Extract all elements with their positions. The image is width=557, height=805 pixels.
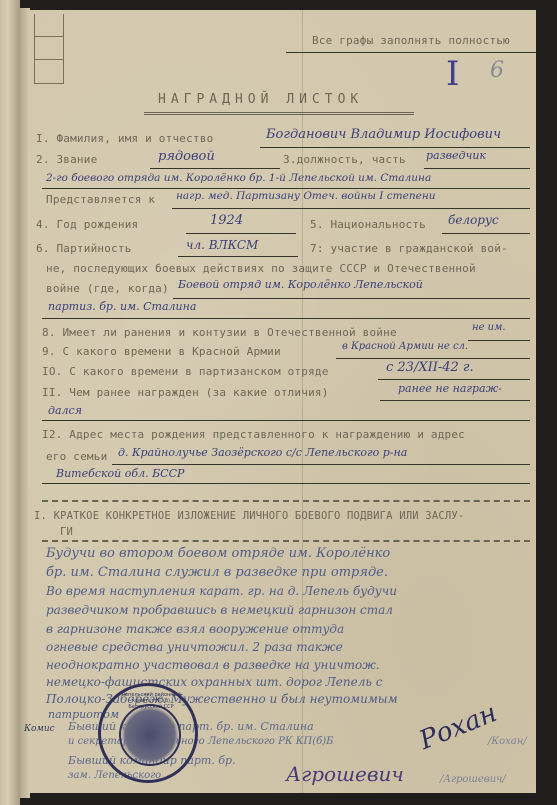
field-2-value: рядовой	[158, 149, 215, 164]
nominated-for-line	[172, 208, 530, 209]
field-2-line	[150, 168, 280, 169]
field-5-label: 5. Национальность	[310, 218, 426, 231]
award-sheet-page: Все графы заполнять полностью I 6 НАГРАД…	[28, 10, 536, 793]
field-3-line	[424, 168, 530, 169]
field-9-label: 9. С какого времени в Красной Армии	[42, 345, 281, 358]
field-7-line	[173, 298, 530, 299]
previous-awards-value-cont: дался	[48, 404, 82, 417]
section-divider-top	[42, 500, 530, 502]
field-11-line-2	[42, 420, 530, 421]
wounds-value: не им.	[472, 322, 506, 333]
field-6-label: 6. Партийность	[36, 242, 132, 255]
signatory-name-1: /Кохан/	[488, 736, 527, 747]
section-title-cont: ГИ	[60, 526, 73, 538]
field-8-line	[468, 340, 530, 341]
field-1-label: I. Фамилия, имя и отчество	[36, 132, 213, 145]
nominated-for-label: Представляется к	[46, 193, 155, 206]
field-7-value: Боевой отряд им. Королёнко Лепельской	[178, 278, 423, 291]
field-7-label-end: войне (где, когда)	[46, 282, 169, 295]
address-value-cont: Витебской обл. БССР	[56, 467, 184, 480]
partisan-since-value: с 23/XII-42 г.	[386, 360, 474, 375]
field-7-line-2	[42, 318, 530, 319]
signatory-name-2: /Агрошевич/	[440, 774, 506, 785]
narrative-line: неоднократно участвовал в разведке на ун…	[46, 658, 380, 672]
instruction-underline	[286, 52, 536, 53]
field-11-label: II. Чем ранее награжден (за какие отличи…	[42, 386, 329, 399]
nominated-for-value: нагр. мед. Партизану Отеч. войны I степе…	[176, 190, 436, 202]
field-2-label: 2. Звание	[36, 153, 97, 166]
signature-2: Агрошевич	[286, 762, 404, 786]
field-12-label-cont: его семьи	[46, 450, 107, 463]
field-7-label: 7: участие в гражданской вой-	[310, 242, 508, 255]
narrative-line: немецко-фашистских охранных шт. дорог Ле…	[46, 675, 382, 689]
title-underline	[144, 112, 414, 115]
party-value: чл. ВЛКСМ	[186, 238, 258, 252]
field-9-line	[336, 358, 530, 359]
stamp-text: Лепельский районный комитет КП(б) Белору…	[119, 692, 183, 710]
page-title: НАГРАДНОЙ ЛИСТОК	[158, 92, 363, 107]
field-10-line	[378, 379, 530, 380]
margin-note: Комис	[24, 724, 55, 734]
narrative-line: в гарнизоне также взял вооружение оттуда	[46, 622, 344, 636]
field-1-line	[260, 147, 530, 148]
birth-year-value: 1924	[210, 213, 243, 228]
field-3-unit: 2-го боевого отряда им. Королёнко бр. 1-…	[46, 172, 431, 184]
field-1-value: Богданович Владимир Иосифович	[266, 127, 501, 142]
field-12-label: I2. Адрес места рождения представленного…	[42, 428, 465, 441]
field-11-line	[380, 400, 530, 401]
field-3-label: 3.должность, часть	[283, 153, 406, 166]
nationality-value: белорус	[448, 213, 499, 227]
narrative-line: разведчиком пробравшись в немецкий гарни…	[46, 603, 393, 617]
sheet-number: 6	[490, 58, 504, 83]
previous-awards-value: ранее не награж-	[398, 382, 502, 395]
fill-instruction: Все графы заполнять полностью	[312, 34, 510, 47]
corner-box-rule	[35, 59, 63, 60]
corner-box	[34, 14, 64, 84]
field-7-label-cont: не, последующих боевых действиях по защи…	[46, 262, 476, 275]
section-title: I. КРАТКОЕ КОНКРЕТНОЕ ИЗЛОЖЕНИЕ ЛИЧНОГО …	[34, 510, 464, 522]
field-5-line	[442, 233, 530, 234]
roman-mark: I	[446, 54, 459, 94]
narrative-line: Полоцко-Заберёж. Мужественно и был неуто…	[46, 692, 398, 706]
section-divider-bottom	[42, 540, 530, 542]
signature-1: Рохан	[415, 698, 501, 756]
corner-box-rule	[35, 83, 63, 84]
corner-box-rule	[35, 36, 63, 37]
narrative-line: огневые средства уничтожил. 2 раза также	[46, 640, 343, 654]
binding-edge	[0, 0, 20, 805]
field-12-line-2	[42, 483, 530, 484]
field-3-unit-line	[42, 188, 530, 189]
field-3-value: разведчик	[426, 149, 486, 162]
field-4-label: 4. Год рождения	[36, 218, 138, 231]
round-stamp: Лепельский районный комитет КП(б) Белору…	[98, 683, 198, 783]
narrative-line: бр. им. Сталина служил в разведке при от…	[46, 565, 388, 580]
narrative-line: Будучи во втором боевом отряде им. Корол…	[46, 546, 390, 561]
narrative-line: Во время наступления карат. гр. на д. Ле…	[46, 584, 397, 598]
stamp-emblem-icon	[119, 704, 181, 766]
red-army-value: в Красной Армии не сл.	[342, 341, 468, 352]
field-8-label: 8. Имеет ли ранения и контузии в Отечест…	[42, 326, 397, 339]
field-4-line	[186, 233, 296, 234]
field-10-label: IO. С какого времени в партизанском отря…	[42, 365, 329, 378]
field-6-line	[178, 256, 298, 257]
field-12-line	[112, 464, 530, 465]
field-7-value-cont: партиз. бр. им. Сталина	[48, 300, 196, 313]
address-value: д. Крайнолучье Заозёрского с/с Лепельско…	[118, 446, 407, 459]
